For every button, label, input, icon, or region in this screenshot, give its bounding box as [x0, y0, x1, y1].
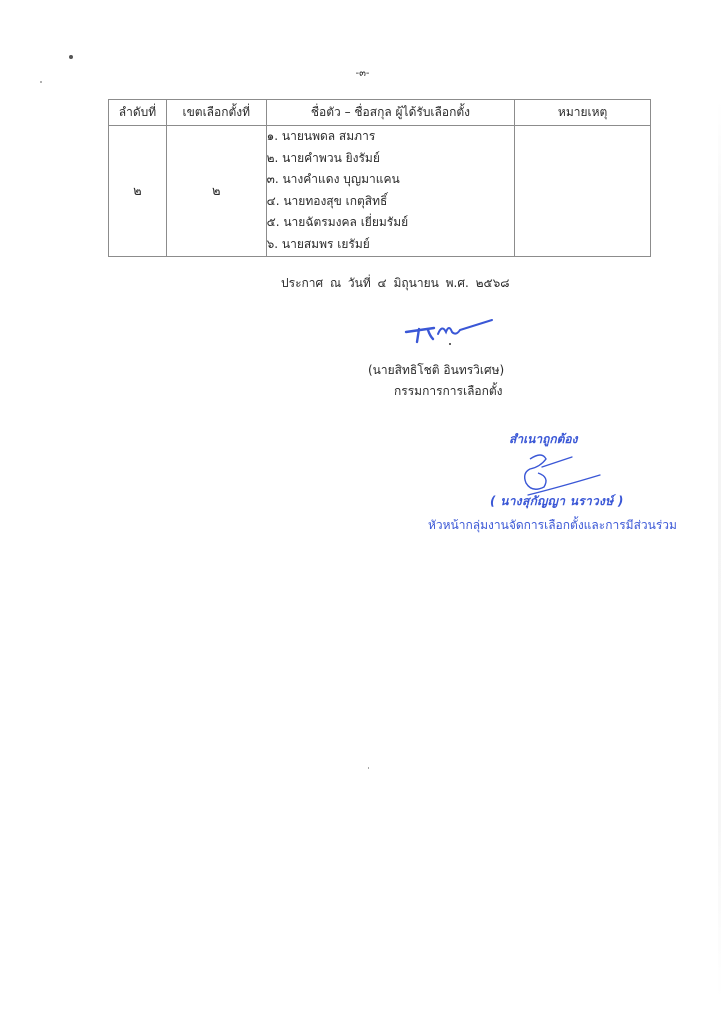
header-names: ชื่อตัว – ชื่อสกุล ผู้ได้รับเลือกตั้ง [266, 100, 515, 126]
member-name: ๓. นางคำแดง บุญมาแคน [267, 169, 515, 191]
table-header-row: ลำดับที่ เขตเลือกตั้งที่ ชื่อตัว – ชื่อส… [109, 100, 651, 126]
signer-name: (นายสิทธิโชติ อินทรวิเศษ) [368, 361, 504, 380]
cell-remark [515, 126, 651, 257]
scan-speck [69, 55, 73, 59]
header-order: ลำดับที่ [109, 100, 167, 126]
page-number: -๓- [0, 66, 725, 81]
signature-commissioner [400, 312, 500, 348]
announcement-date: ประกาศ ณ วันที่ ๔ มิถุนายน พ.ศ. ๒๕๖๘ [281, 274, 509, 293]
member-name: ๑. นายนพดล สมภาร [267, 126, 515, 148]
cell-order: ๒ [109, 126, 167, 257]
member-name: ๕. นายฉัตรมงคล เยี่ยมรัมย์ [267, 212, 515, 234]
scan-speck [368, 767, 369, 769]
certifier-name: ( นางสุกัญญา นราวงษ์ ) [490, 492, 624, 511]
cell-district: ๒ [166, 126, 266, 257]
elected-members-table: ลำดับที่ เขตเลือกตั้งที่ ชื่อตัว – ชื่อส… [108, 99, 651, 257]
signer-title: กรรมการการเลือกตั้ง [394, 382, 503, 401]
member-name: ๒. นายคำพวน ยิงรัมย์ [267, 148, 515, 170]
member-name: ๔. นายทองสุข เกตุสิทธิ์ [267, 191, 515, 213]
scan-speck [40, 81, 42, 83]
header-district: เขตเลือกตั้งที่ [166, 100, 266, 126]
member-name: ๖. นายสมพร เยรัมย์ [267, 234, 515, 256]
table-row: ๒ ๒ ๑. นายนพดล สมภาร ๒. นายคำพวน ยิงรัมย… [109, 126, 651, 257]
header-remark: หมายเหตุ [515, 100, 651, 126]
cell-names: ๑. นายนพดล สมภาร ๒. นายคำพวน ยิงรัมย์ ๓.… [266, 126, 515, 257]
scan-edge-bleed [718, 100, 721, 1000]
certifier-role: หัวหน้ากลุ่มงานจัดการเลือกตั้งและการมีส่… [428, 516, 677, 535]
